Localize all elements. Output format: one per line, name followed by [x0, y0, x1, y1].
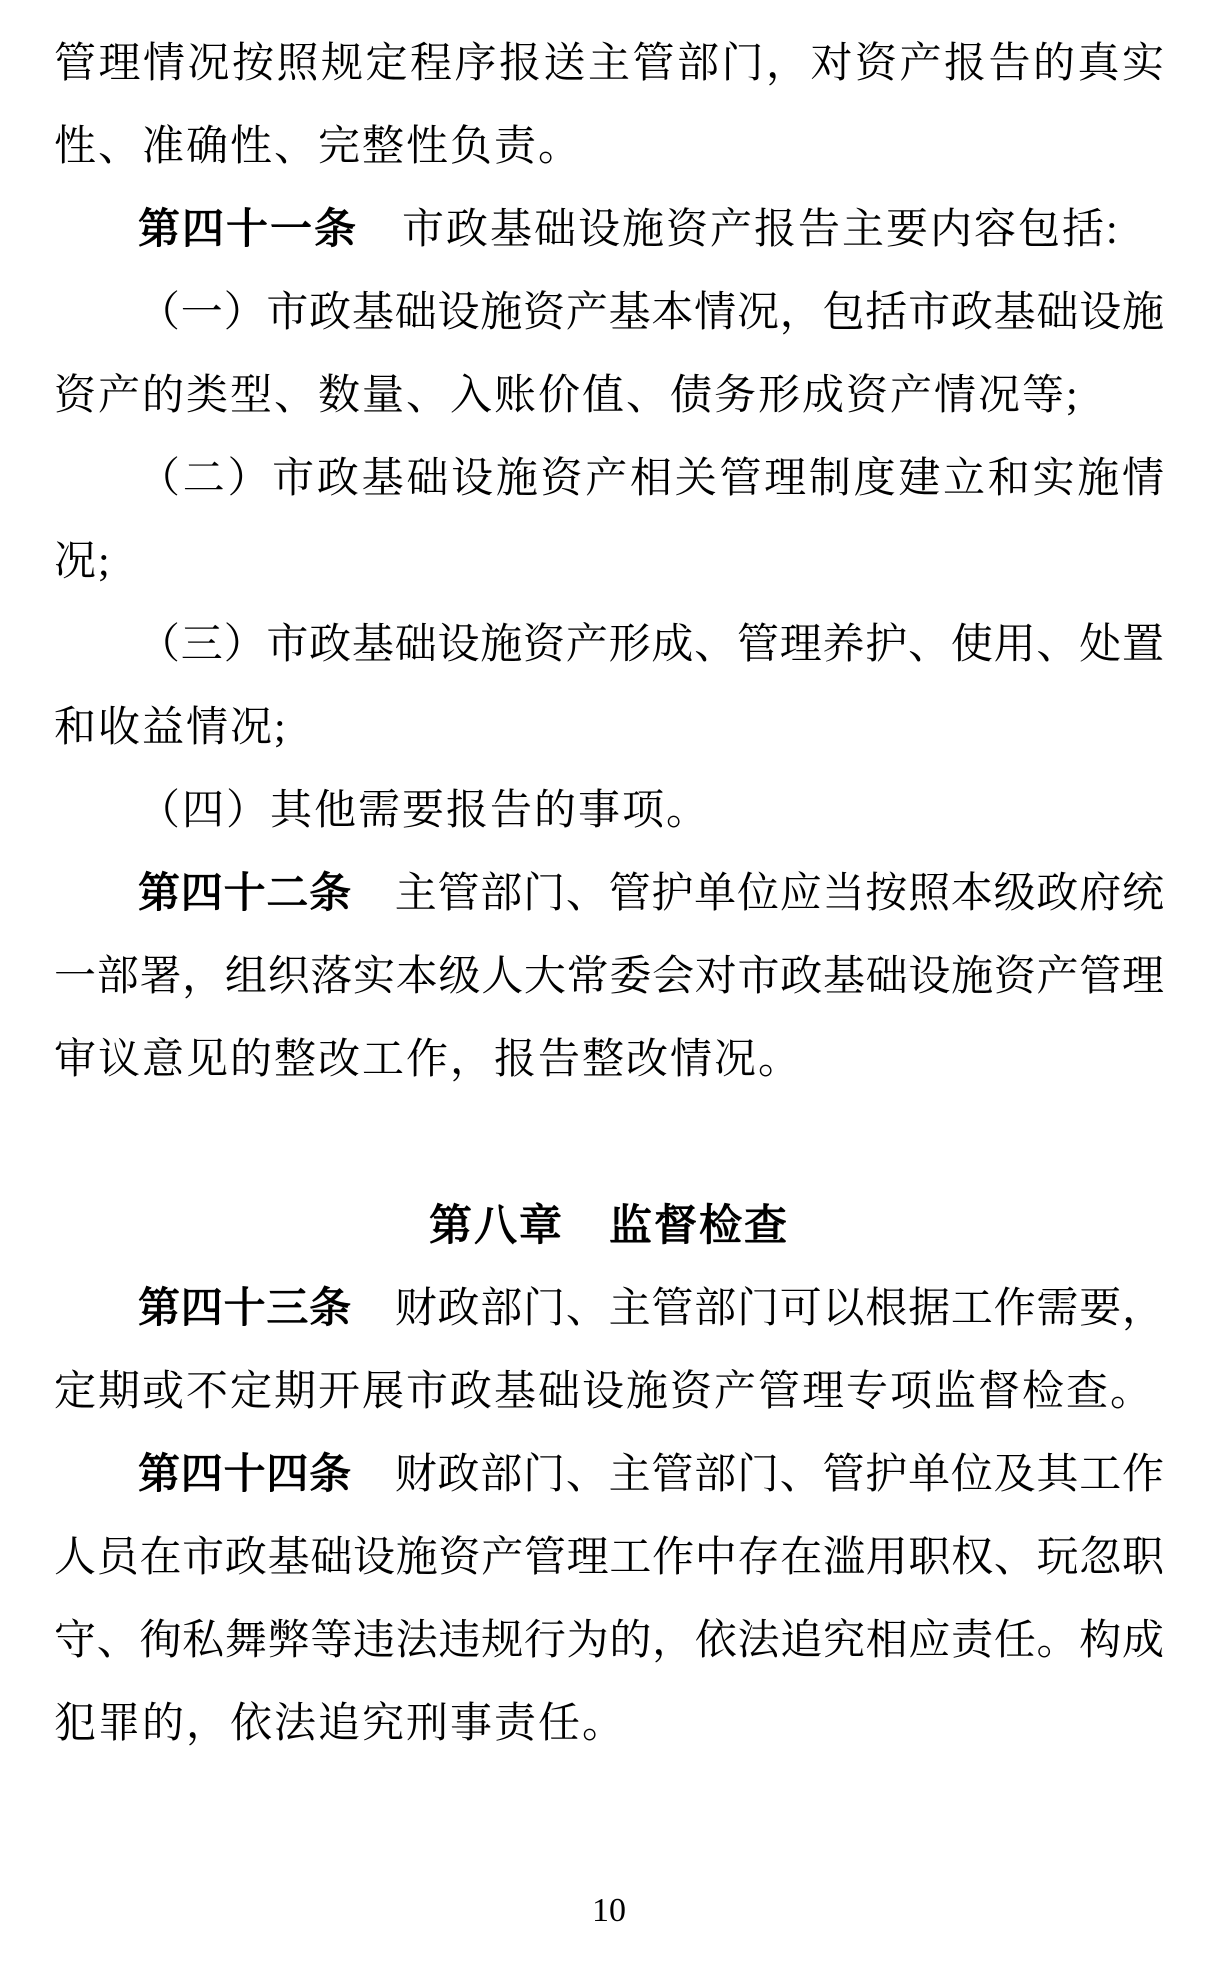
text-line: （二）市政基础设施资产相关管理制度建立和实施情	[54, 438, 1164, 521]
text-line: 性、准确性、完整性负责。	[54, 106, 1164, 189]
text-line: 犯罪的，依法追究刑事责任。	[54, 1683, 1164, 1766]
document-page: 管理情况按照规定程序报送主管部门，对资产报告的真实 性、准确性、完整性负责。 第…	[0, 0, 1218, 1984]
text-line: 一部署，组织落实本级人大常委会对市政基础设施资产管理	[54, 936, 1164, 1019]
document-body: 管理情况按照规定程序报送主管部门，对资产报告的真实 性、准确性、完整性负责。 第…	[54, 23, 1164, 1766]
text-line: （四）其他需要报告的事项。	[54, 770, 1164, 853]
article-text: 主管部门、管护单位应当按照本级政府统	[395, 871, 1164, 917]
text-line: 人员在市政基础设施资产管理工作中存在滥用职权、玩忽职	[54, 1517, 1164, 1600]
text-line: 审议意见的整改工作，报告整改情况。	[54, 1019, 1164, 1102]
article-43-line: 第四十三条 财政部门、主管部门可以根据工作需要，	[54, 1268, 1164, 1351]
article-number-term: 第四十一条	[138, 207, 402, 253]
article-text: 市政基础设施资产报告主要内容包括:	[402, 207, 1120, 253]
blank-line	[54, 1102, 1164, 1185]
article-41-line: 第四十一条 市政基础设施资产报告主要内容包括:	[54, 189, 1164, 272]
article-text: 财政部门、主管部门、管护单位及其工作	[395, 1452, 1164, 1498]
text-line: （一）市政基础设施资产基本情况，包括市政基础设施	[54, 272, 1164, 355]
text-line: （三）市政基础设施资产形成、管理养护、使用、处置	[54, 604, 1164, 687]
article-42-line: 第四十二条 主管部门、管护单位应当按照本级政府统	[54, 853, 1164, 936]
article-number-term: 第四十四条	[138, 1452, 395, 1498]
article-number-term: 第四十三条	[138, 1286, 395, 1332]
article-44-line: 第四十四条 财政部门、主管部门、管护单位及其工作	[54, 1434, 1164, 1517]
chapter-heading: 第八章 监督检查	[54, 1185, 1164, 1268]
text-line: 管理情况按照规定程序报送主管部门，对资产报告的真实	[54, 23, 1164, 106]
page-number: 10	[0, 1892, 1218, 1930]
article-text: 财政部门、主管部门可以根据工作需要，	[395, 1286, 1164, 1332]
text-line: 守、徇私舞弊等违法违规行为的，依法追究相应责任。构成	[54, 1600, 1164, 1683]
text-line: 和收益情况;	[54, 687, 1164, 770]
article-number-term: 第四十二条	[138, 871, 395, 917]
text-line: 定期或不定期开展市政基础设施资产管理专项监督检查。	[54, 1351, 1164, 1434]
text-line: 资产的类型、数量、入账价值、债务形成资产情况等;	[54, 355, 1164, 438]
text-line: 况;	[54, 521, 1164, 604]
